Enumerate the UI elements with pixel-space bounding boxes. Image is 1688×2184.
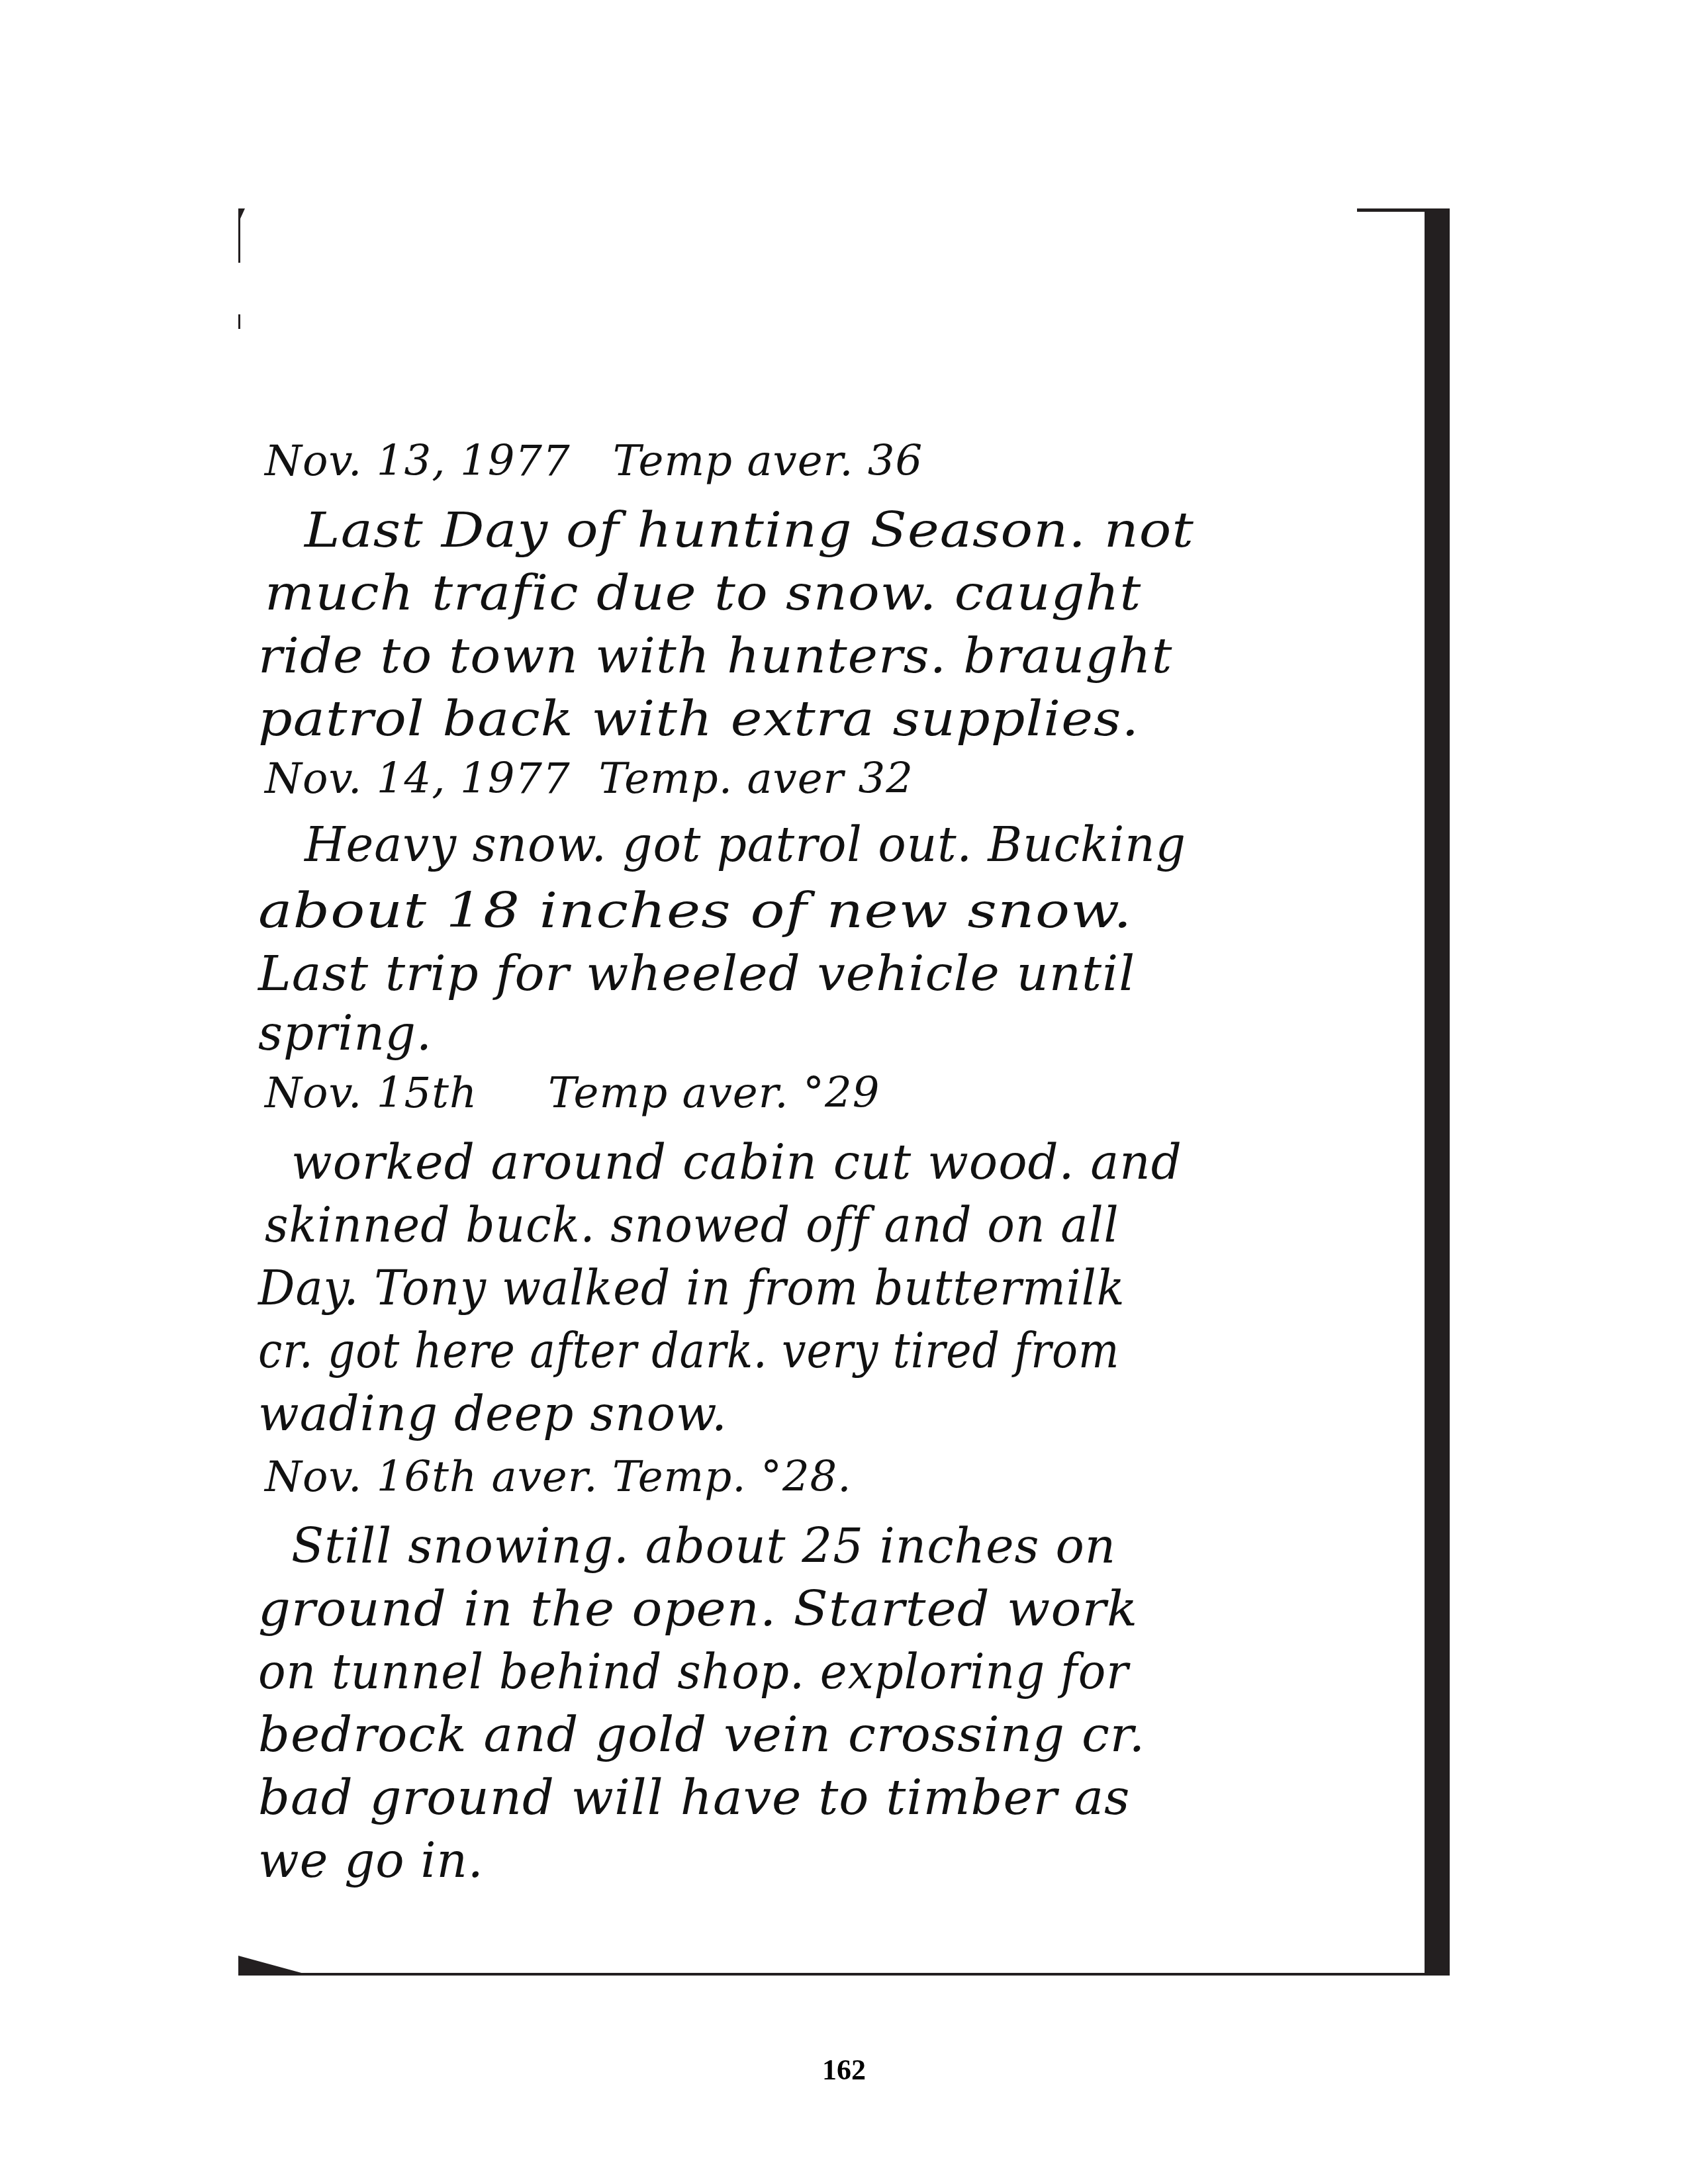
handwritten-text: Nov. 13, 1977 Temp aver. 36 Last Day of …: [238, 208, 1423, 1976]
entry-1-heading: Nov. 13, 1977 Temp aver. 36: [265, 440, 923, 482]
entry-date: Nov. 15th: [265, 1069, 477, 1118]
scanned-journal-page: Nov. 13, 1977 Temp aver. 36 Last Day of …: [238, 208, 1450, 1976]
page-number: 162: [0, 2053, 1688, 2087]
entry-4-heading: Nov. 16th aver. Temp. °28.: [265, 1456, 852, 1498]
entry-line: on tunnel behind shop. exploring for: [258, 1648, 1129, 1696]
entry-temp: aver. Temp. °28.: [492, 1453, 852, 1502]
entry-line: skinned buck. snowed off and on all: [265, 1201, 1119, 1249]
entry-2-heading: Nov. 14, 1977 Temp. aver 32: [265, 758, 914, 800]
entry-date: Nov. 13, 1977: [265, 437, 571, 486]
entry-date: Nov. 16th: [265, 1453, 477, 1502]
entry-line: bad ground will have to timber as: [258, 1774, 1131, 1821]
entry-line: Still snowing. about 25 inches on: [291, 1522, 1116, 1570]
entry-line: Heavy snow. got patrol out. Bucking: [305, 821, 1186, 868]
entry-line: Day. Tony walked in from buttermilk: [258, 1264, 1125, 1312]
entry-date: Nov. 14, 1977: [265, 754, 571, 803]
entry-line: about 18 inches of new snow.: [258, 887, 1133, 934]
entry-line: patrol back with extra supplies.: [258, 695, 1139, 743]
entry-temp: Temp aver. °29: [548, 1069, 880, 1118]
entry-3-heading: Nov. 15th Temp aver. °29: [265, 1072, 880, 1115]
entry-line: bedrock and gold vein crossing cr.: [258, 1711, 1145, 1758]
entry-line: cr. got here after dark. very tired from: [258, 1327, 1119, 1375]
entry-line: wading deep snow.: [258, 1390, 727, 1437]
entry-line: ride to town with hunters. braught: [258, 632, 1172, 680]
entry-temp: Temp aver. 36: [613, 437, 923, 486]
entry-line: worked around cabin cut wood. and: [291, 1138, 1182, 1186]
entry-line: ground in the open. Started work: [258, 1585, 1138, 1633]
entry-line: Last trip for wheeled vehicle until: [258, 950, 1135, 997]
entry-line: spring.: [258, 1009, 432, 1057]
entry-line: much trafic due to snow. caught: [265, 569, 1141, 617]
entry-line: Last Day of hunting Season. not: [305, 506, 1194, 554]
scan-border-right: [1425, 208, 1450, 1976]
entry-line: we go in.: [258, 1837, 484, 1884]
entry-temp: Temp. aver 32: [598, 754, 914, 803]
